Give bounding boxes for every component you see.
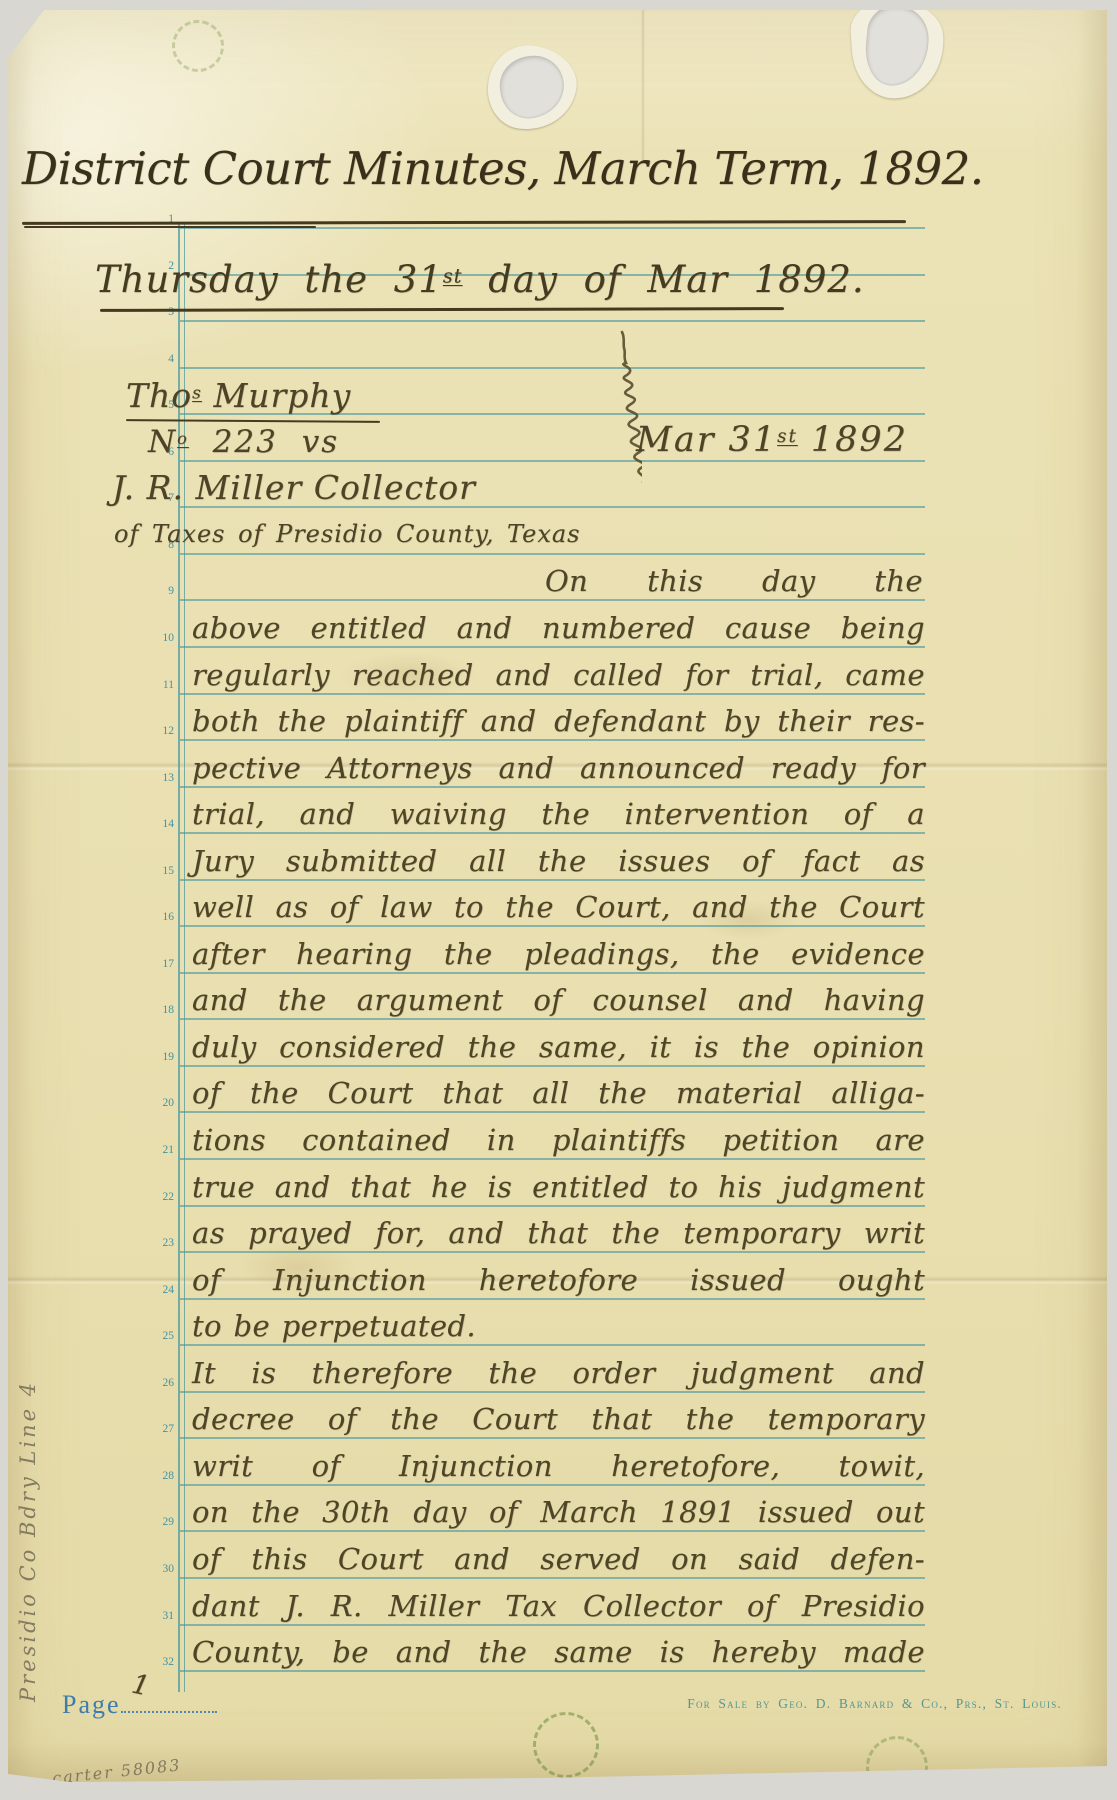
stamp-circle [523, 1702, 609, 1782]
defendant-line-1: J. R. Miller Collector [112, 468, 476, 507]
superscript: o [177, 429, 189, 448]
ruled-line [180, 460, 925, 462]
stamp-circle [859, 1729, 935, 1782]
ruled-line [180, 367, 925, 369]
line-number: 27 [136, 1423, 174, 1435]
handwritten-line: well as of law to the Court, and the Cou… [192, 888, 925, 928]
line-number: 11 [136, 679, 174, 691]
handwritten-line: regularly reached and called for trial, … [192, 656, 925, 696]
date-heading: Thursday the 31st day of Mar 1892. [95, 258, 865, 301]
handwritten-line: true and that he is entitled to his judg… [192, 1168, 925, 1208]
line-number: 9 [136, 585, 174, 597]
line-number: 30 [136, 1563, 174, 1575]
line-number: 12 [136, 725, 174, 737]
line-number: 10 [136, 632, 174, 644]
handwritten-line: pective Attorneys and announced ready fo… [192, 749, 925, 789]
handwritten-line: above entitled and numbered cause being [192, 609, 925, 649]
line-number: 28 [136, 1470, 174, 1482]
handwritten-line: tions contained in plaintiffs petition a… [192, 1121, 925, 1161]
line-number: 15 [136, 865, 174, 877]
handwritten-line: writ of Injunction heretofore, towit, [192, 1447, 925, 1487]
superscript: s [192, 383, 202, 403]
handwritten-line: of the Court that all the material allig… [192, 1074, 925, 1114]
handwritten-line: after hearing the pleadings, the evidenc… [192, 935, 925, 975]
line-number: 31 [136, 1610, 174, 1622]
date-underline [100, 307, 784, 311]
line-number: 18 [136, 1004, 174, 1016]
plaintiff-underline [126, 419, 380, 423]
line-number: 13 [136, 772, 174, 784]
margin-note-pencil: Presidio Co Bdry Line 4 [16, 1262, 40, 1702]
handwritten-line: and the argument of counsel and having [192, 981, 925, 1021]
scan-background: 1234567891011121314151617181920212223242… [0, 0, 1117, 1800]
handwritten-line: On this day the [545, 562, 923, 602]
brace-squiggle [598, 328, 642, 486]
line-number: 19 [136, 1051, 174, 1063]
line-number: 29 [136, 1516, 174, 1528]
handwritten-line: decree of the Court that the temporary [192, 1400, 925, 1440]
handwritten-line: of this Court and served on said defen- [192, 1540, 925, 1580]
line-number: 23 [136, 1237, 174, 1249]
filed-date: Mar 31st 1892 [636, 420, 908, 460]
handwritten-line: on the 30th day of March 1891 issued out [192, 1493, 925, 1533]
line-number: 21 [136, 1144, 174, 1156]
handwritten-line: duly considered the same, it is the opin… [192, 1028, 925, 1068]
line-number: 17 [136, 958, 174, 970]
case-number-vs: No 223 vs [148, 424, 339, 460]
line-number: 24 [136, 1284, 174, 1296]
handwritten-line: County, be and the same is hereby made [192, 1633, 925, 1673]
line-number: 16 [136, 911, 174, 923]
handwritten-line: trial, and waiving the intervention of a [192, 795, 925, 835]
handwritten-line: It is therefore the order judgment and [192, 1354, 925, 1394]
printer-credit: For Sale by Geo. D. Barnard & Co., Prs.,… [638, 1696, 1062, 1712]
handwritten-line: dant J. R. Miller Tax Collector of Presi… [192, 1587, 925, 1627]
handwritten-line: both the plaintiff and defendant by thei… [192, 702, 925, 742]
defendant-line-2: of Taxes of Presidio County, Texas [114, 520, 581, 548]
handwritten-line: as prayed for, and that the temporary wr… [192, 1214, 925, 1254]
line-number: 4 [136, 353, 174, 365]
fold-crease-vertical [641, 10, 645, 160]
document-page: 1234567891011121314151617181920212223242… [8, 10, 1107, 1782]
archive-number-pencil: carter 58083 [51, 1755, 182, 1782]
stamp-circle [167, 15, 229, 77]
page-label-text: Page [62, 1690, 121, 1719]
ruled-line [180, 553, 925, 555]
header-title: District Court Minutes, March Term, 1892… [22, 142, 984, 195]
handwritten-line: to be perpetuated. [192, 1307, 925, 1347]
line-number: 32 [136, 1656, 174, 1668]
handwritten-line: Jury submitted all the issues of fact as [192, 842, 925, 882]
case-plaintiff: Thos Murphy [126, 376, 351, 415]
line-number: 20 [136, 1097, 174, 1109]
line-number: 25 [136, 1330, 174, 1342]
superscript: st [777, 426, 798, 447]
line-number: 22 [136, 1191, 174, 1203]
line-number: 26 [136, 1377, 174, 1389]
line-number: 14 [136, 818, 174, 830]
ruled-line [180, 320, 925, 322]
superscript: st [443, 264, 463, 287]
handwritten-line: of Injunction heretofore issued ought [192, 1261, 925, 1301]
header-underline [22, 220, 906, 225]
